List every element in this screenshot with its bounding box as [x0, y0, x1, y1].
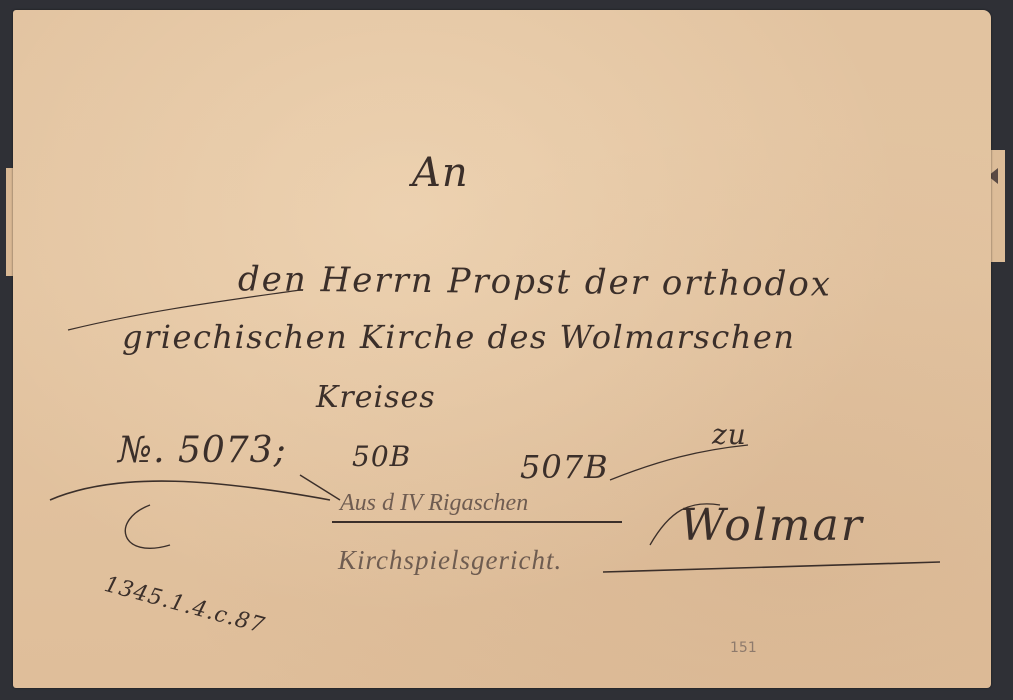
handstamp-line-2: Kirchspielsgericht. [338, 545, 562, 576]
destination-town: Wolmar [680, 500, 864, 551]
address-line-1: den Herrn Propst der orthodox [238, 259, 832, 304]
address-line-3: Kreises [316, 380, 436, 415]
right-fold-flap [990, 150, 1005, 262]
photo-scene: An den Herrn Propst der orthodox griechi… [0, 0, 1013, 700]
reference-code-2: 507B [520, 448, 609, 486]
handstamp-strikethrough [332, 521, 622, 523]
reference-number: №. 5073; [118, 430, 287, 471]
reference-code-1: 50B [352, 440, 411, 473]
destination-prefix: zu [712, 418, 747, 451]
address-line-2: griechischen Kirche des Wolmarschen [122, 318, 795, 356]
handstamp-line-1: Aus d IV Rigaschen [340, 490, 528, 517]
salutation-text: An [412, 150, 469, 196]
pencil-note: 151 [730, 640, 757, 656]
